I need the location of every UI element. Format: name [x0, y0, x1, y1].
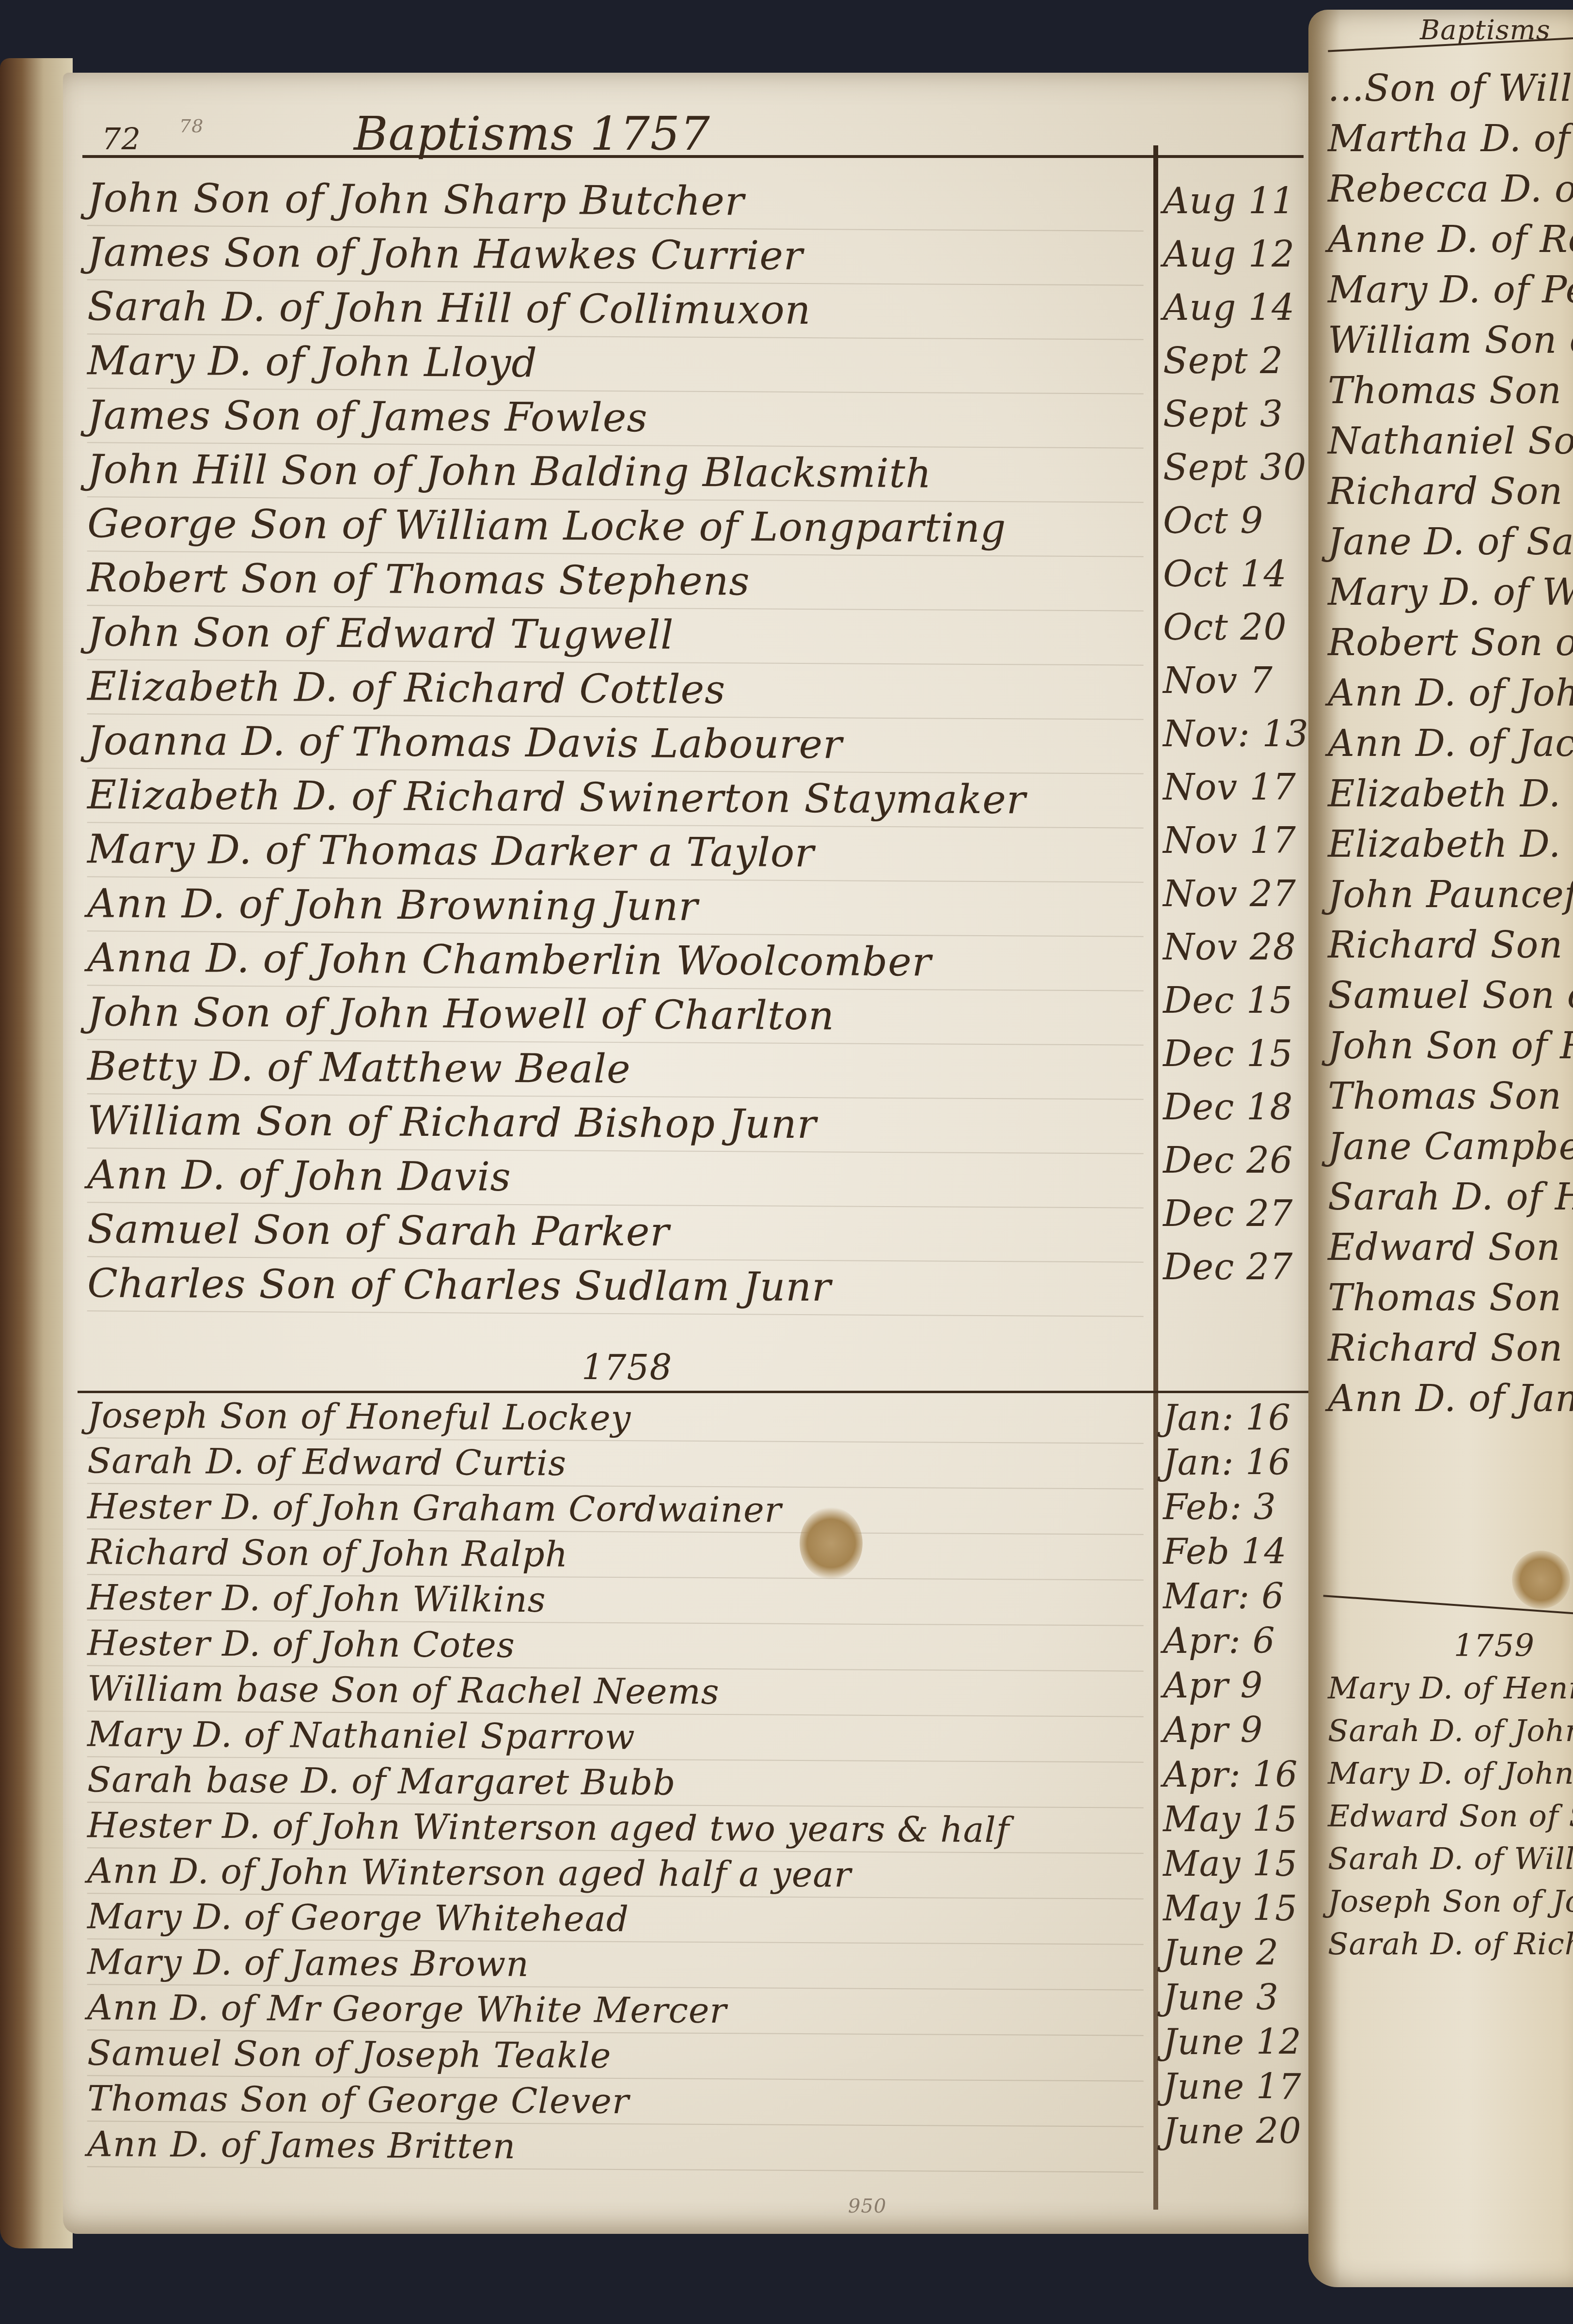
- register-entry: Sarah D. of John Tipp...: [1328, 1710, 1573, 1752]
- entry-date: Sept 30: [1163, 441, 1323, 494]
- entry-date: June 12: [1163, 2020, 1323, 2064]
- entry-date: June 2: [1163, 1931, 1323, 1975]
- entry-date: Nov 17: [1163, 761, 1323, 814]
- register-entry: James Son of John Hawkes Currier: [87, 226, 1144, 285]
- entry-date: Aug 14: [1163, 281, 1323, 334]
- register-entry: James Son of James Fowles: [87, 389, 1144, 448]
- register-entry: Richard Son of Da...: [1328, 920, 1573, 970]
- register-entry: Ann D. of James Britten: [87, 2121, 1144, 2172]
- register-entry: Hester D. of John Cotes: [87, 1620, 1144, 1671]
- entry-date: Aug 11: [1163, 174, 1323, 228]
- register-entry: Hester D. of John Graham Cordwainer: [87, 1484, 1144, 1535]
- register-entry: Betty D. of Matthew Beale: [87, 1040, 1144, 1099]
- entry-date: Jan: 16: [1163, 1440, 1323, 1485]
- register-entry: Elizabeth D. of Tho...: [1328, 769, 1573, 819]
- register-entry: Sarah D. of William H...: [1328, 1837, 1573, 1880]
- register-entry: Sarah D. of Edward Curtis: [87, 1438, 1144, 1489]
- dates-1758: Jan: 16Jan: 16Feb: 3Feb 14Mar: 6Apr: 6Ap…: [1163, 1396, 1323, 2153]
- register-entry: John Pauncefoot S...: [1328, 869, 1573, 920]
- register-entry: John Son of John Sharp Butcher: [87, 172, 1144, 231]
- register-entry: Thomas Son of Step...: [1328, 1071, 1573, 1121]
- footer-number: 950: [848, 2195, 886, 2217]
- entry-date: Oct 20: [1163, 601, 1323, 654]
- register-entry: Mary D. of James Brown: [87, 1939, 1144, 1990]
- register-entry: Richard Son of Abra...: [1328, 1323, 1573, 1373]
- register-entry: Thomas Son of George Clever: [87, 2076, 1144, 2127]
- entry-date: Apr: 6: [1163, 1618, 1323, 1663]
- register-entry: Anne D. of Robert: [1328, 214, 1573, 265]
- register-entry: Robert Son of Matth...: [1328, 617, 1573, 668]
- register-entry: Joseph Son of Honeful Lockey: [87, 1393, 1144, 1444]
- register-entry: George Son of William Locke of Longparti…: [87, 497, 1144, 557]
- entry-date: Oct 9: [1163, 494, 1323, 548]
- entry-date: Nov 7: [1163, 654, 1323, 707]
- register-entry: William Son of Richard Bishop Junr: [87, 1094, 1144, 1154]
- entry-date: Nov 17: [1163, 814, 1323, 867]
- register-entry: Nathaniel Son of ...: [1328, 416, 1573, 466]
- register-entry: Elizabeth D. of Richard Swinerton Stayma…: [87, 769, 1144, 828]
- entry-date: Dec 27: [1163, 1187, 1323, 1241]
- register-entry: Ann D. of John Ca...: [1328, 668, 1573, 718]
- register-entry: Ann D. of John Browning Junr: [87, 877, 1144, 937]
- entry-date: Dec 15: [1163, 1027, 1323, 1081]
- entry-date: Apr: 16: [1163, 1752, 1323, 1797]
- entry-date: Dec 26: [1163, 1134, 1323, 1187]
- register-entry: John Son of John Howell of Charlton: [87, 986, 1144, 1045]
- register-entry: Thomas Son of John: [1328, 365, 1573, 416]
- year-label: 1758: [582, 1347, 672, 1388]
- register-entry: Jane D. of Samuel: [1328, 517, 1573, 567]
- folio-secondary: 78: [179, 115, 204, 137]
- register-entry: Samuel Son of Sarah Parker: [87, 1203, 1144, 1262]
- register-entry: Mary D. of William: [1328, 567, 1573, 617]
- register-entry: Rebecca D. of Th...: [1328, 164, 1573, 214]
- register-entry: Ann D. of Jacob G...: [1328, 718, 1573, 769]
- register-entry: Joanna D. of Thomas Davis Labourer: [87, 714, 1144, 774]
- register-entry: ...Son of William: [1328, 63, 1573, 113]
- register-entry: Ann D. of Mr George White Mercer: [87, 1985, 1144, 2036]
- register-entry: Elizabeth D. of John: [1328, 819, 1573, 869]
- entry-date: Apr 9: [1163, 1663, 1323, 1708]
- entry-date: Jan: 16: [1163, 1396, 1323, 1440]
- entry-date: June 20: [1163, 2109, 1323, 2153]
- register-entry: Anna D. of John Chamberlin Woolcomber: [87, 931, 1144, 991]
- register-entry: Mary D. of Thomas Darker a Taylor: [87, 823, 1144, 882]
- register-entry: Jane Campbell D. of: [1328, 1121, 1573, 1172]
- entry-date: Sept 2: [1163, 334, 1323, 388]
- register-entry: Samuel Son of Joseph Teakle: [87, 2030, 1144, 2081]
- register-entry: Joseph Son of John H...: [1328, 1880, 1573, 1923]
- date-column-rule: [1153, 145, 1158, 2210]
- register-entry: Ann D. of John Davis: [87, 1148, 1144, 1208]
- entry-date: Nov 28: [1163, 921, 1323, 974]
- register-entry: Mary D. of Peter T...: [1328, 265, 1573, 315]
- register-entry: John Hill Son of John Balding Blacksmith: [87, 443, 1144, 502]
- entry-date: June 17: [1163, 2064, 1323, 2109]
- entry-date: Feb 14: [1163, 1529, 1323, 1574]
- register-entry: Sarah base D. of Margaret Bubb: [87, 1757, 1144, 1808]
- entry-date: Mar: 6: [1163, 1574, 1323, 1618]
- register-entry: Edward Son of Samuel R...: [1328, 1795, 1573, 1837]
- register-entry: Martha D. of Ro...: [1328, 113, 1573, 164]
- entry-date: Dec 27: [1163, 1241, 1323, 1294]
- register-entry: Mary D. of Henry Ra...: [1328, 1667, 1573, 1710]
- entry-date: Apr 9: [1163, 1708, 1323, 1752]
- stain: [800, 1507, 863, 1580]
- year-divider: 1758: [78, 1347, 1318, 1393]
- register-entry: John Son of Edward Tugwell: [87, 606, 1144, 665]
- entry-date: June 3: [1163, 1975, 1323, 2020]
- register-entry: Richard Son of John: [1328, 466, 1573, 517]
- right-entries-1759: Mary D. of Henry Ra...Sarah D. of John T…: [1328, 1667, 1573, 1965]
- entries-1758: Joseph Son of Honeful LockeySarah D. of …: [87, 1396, 1144, 2170]
- register-entry: Sarah D. of Henry ...: [1328, 1172, 1573, 1222]
- register-entry: Samuel Son of M...: [1328, 970, 1573, 1021]
- register-entry: Ann D. of James W...: [1328, 1373, 1573, 1424]
- register-entry: Mary D. of John Lloyd: [87, 334, 1144, 394]
- entry-date: Nov: 13: [1163, 707, 1323, 761]
- entry-date: Feb: 3: [1163, 1485, 1323, 1529]
- register-entry: Charles Son of Charles Sudlam Junr: [87, 1257, 1144, 1317]
- year-label: 1759: [1454, 1628, 1535, 1664]
- register-entry: William base Son of Rachel Neems: [87, 1666, 1144, 1717]
- entry-date: Dec 18: [1163, 1081, 1323, 1134]
- register-entry: Sarah D. of John Hill of Collimuxon: [87, 280, 1144, 340]
- entry-date: Nov 27: [1163, 867, 1323, 921]
- entry-date: May 15: [1163, 1886, 1323, 1931]
- register-entry: Ann D. of John Winterson aged half a yea…: [87, 1848, 1144, 1899]
- entries-1757: John Son of John Sharp ButcherJames Son …: [87, 174, 1144, 1314]
- entry-date: Dec 15: [1163, 974, 1323, 1027]
- register-entry: Mary D. of John Hill of C...: [1328, 1752, 1573, 1795]
- stain: [1512, 1551, 1570, 1609]
- dates-1757: Aug 11Aug 12Aug 14Sept 2Sept 3Sept 30Oct…: [1163, 174, 1323, 1294]
- register-entry: Richard Son of John Ralph: [87, 1529, 1144, 1580]
- left-page: 72 78 Baptisms 1757 John Son of John Sha…: [63, 73, 1333, 2234]
- right-entries: ...Son of WilliamMartha D. of Ro...Rebec…: [1328, 63, 1573, 1424]
- page-title: Baptisms 1757: [354, 107, 710, 161]
- right-page: Baptisms ...Son of WilliamMartha D. of R…: [1308, 10, 1573, 2287]
- register-entry: Sarah D. of Richard Bart...: [1328, 1923, 1573, 1965]
- book-edge: [0, 58, 73, 2248]
- register-entry: Robert Son of Thomas Stephens: [87, 551, 1144, 611]
- entry-date: Oct 14: [1163, 548, 1323, 601]
- entry-date: May 15: [1163, 1841, 1323, 1886]
- entry-date: Aug 12: [1163, 228, 1323, 281]
- page-header: 72 78 Baptisms 1757: [82, 102, 1304, 158]
- register-entry: Hester D. of John Winterson aged two yea…: [87, 1803, 1144, 1853]
- folio-number: 72: [102, 121, 141, 157]
- register-entry: Hester D. of John Wilkins: [87, 1575, 1144, 1626]
- register-entry: John Son of Robe...: [1328, 1021, 1573, 1071]
- register-entry: Mary D. of George Whitehead: [87, 1894, 1144, 1945]
- register-entry: Mary D. of Nathaniel Sparrow: [87, 1712, 1144, 1762]
- register-entry: Edward Son of Jame...: [1328, 1222, 1573, 1272]
- register-entry: Elizabeth D. of Richard Cottles: [87, 660, 1144, 720]
- register-entry: Thomas Son of Tho...: [1328, 1272, 1573, 1323]
- register-entry: William Son of Eli...: [1328, 315, 1573, 365]
- entry-date: Sept 3: [1163, 388, 1323, 441]
- entry-date: May 15: [1163, 1797, 1323, 1841]
